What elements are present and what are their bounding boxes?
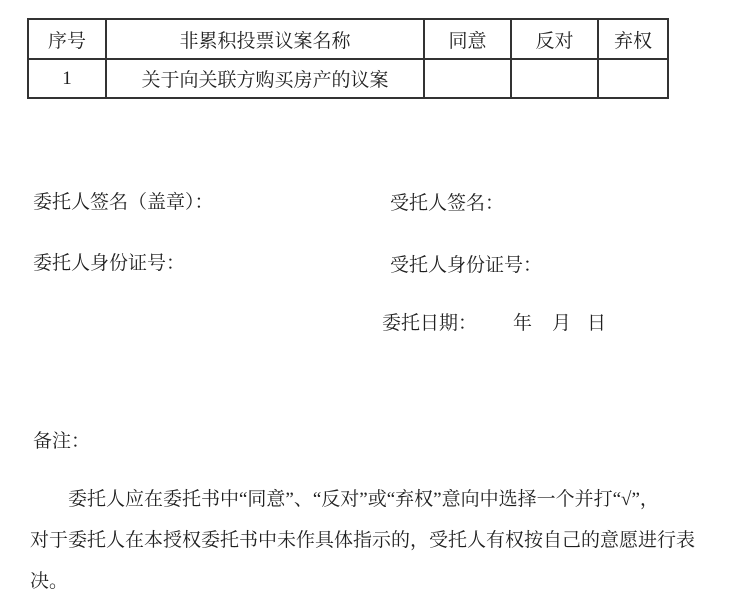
date-month-label: 月 [552,313,571,334]
voting-table: 序号 非累积投票议案名称 同意 反对 弃权 1 关于向关联方购买房产的议案 [27,18,669,99]
principal-id-number-label: 委托人身份证号： [33,248,185,275]
col-header-oppose: 反对 [511,19,598,59]
trustee-signature-label: 受托人签名： [390,188,504,215]
row-proposal-name: 关于向关联方购买房产的议案 [106,59,424,98]
trustee-id-number-label: 受托人身份证号： [390,250,542,277]
principal-signature-label: 委托人签名（盖章）： [33,187,214,214]
col-header-serial-number: 序号 [28,19,106,59]
remarks-label: 备注： [33,426,90,453]
col-header-proposal-name: 非累积投票议案名称 [106,19,424,59]
row-serial-number: 1 [28,59,106,98]
oppose-vote-cell[interactable] [511,59,598,98]
date-day-label: 日 [587,313,606,334]
remarks-line-3: 决。 [30,561,730,602]
agree-vote-cell[interactable] [424,59,511,98]
table-row: 1 关于向关联方购买房产的议案 [28,59,668,98]
col-header-agree: 同意 [424,19,511,59]
remarks-paragraph: 委托人应在委托书中“同意”、“反对”或“弃权”意向中选择一个并打“√”， 对于委… [30,479,730,602]
entrust-date-label: 委托日期： [382,313,477,334]
abstain-vote-cell[interactable] [598,59,668,98]
remarks-line-2: 对于委托人在本授权委托书中未作具体指示的，受托人有权按自己的意愿进行表 [30,520,730,561]
date-year-label: 年 [513,313,532,334]
table-header-row: 序号 非累积投票议案名称 同意 反对 弃权 [28,19,668,59]
col-header-abstain: 弃权 [598,19,668,59]
entrust-date-line: 委托日期：年月日 [382,308,606,335]
remarks-line-1: 委托人应在委托书中“同意”、“反对”或“弃权”意向中选择一个并打“√”， [30,479,730,520]
proxy-voting-form-page: 序号 非累积投票议案名称 同意 反对 弃权 1 关于向关联方购买房产的议案 委托… [0,0,750,615]
